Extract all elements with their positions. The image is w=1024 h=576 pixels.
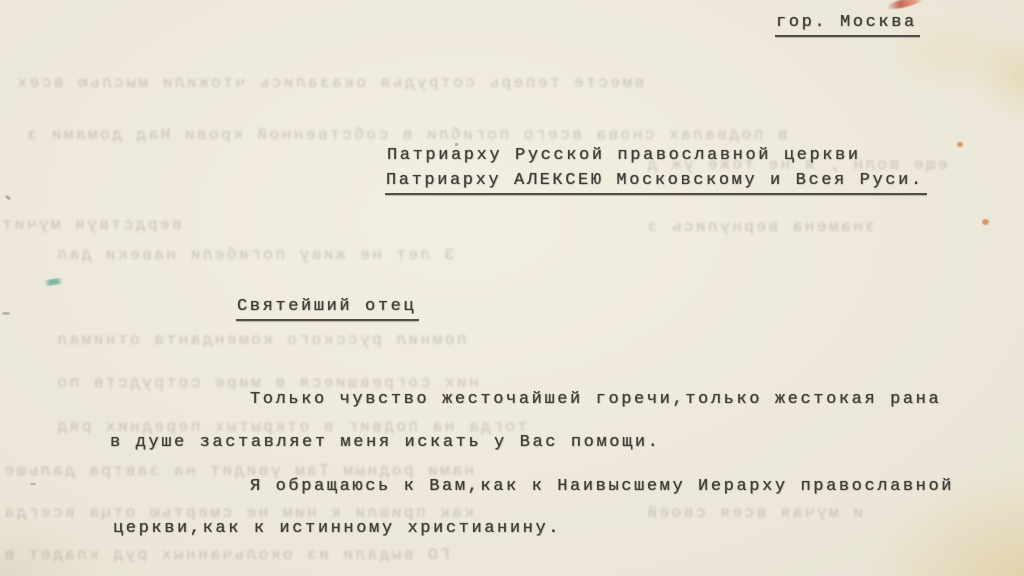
teal-pencil-mark [44, 278, 64, 287]
address-line-2: Патриарху АЛЕКСЕЮ Московскому и Всея Рус… [385, 171, 927, 195]
bleedthrough-line: вердствуя мучит [0, 216, 182, 234]
body-paragraph-1-line-2: в душе заставляет меня искать у Вас помо… [110, 433, 660, 452]
address-line-1: Патриарху Русской православной церкви [387, 146, 861, 165]
bleedthrough-line: знамена вернулись з [645, 218, 875, 236]
ink-speck [2, 312, 10, 315]
ink-speck [30, 483, 36, 485]
rust-spot-icon [957, 142, 963, 147]
body-paragraph-1-line-1: Только чувство жесточайшей горечи,только… [250, 390, 941, 409]
bleedthrough-line: З лет не живу погибели навеки дал [55, 246, 454, 264]
rust-spot-icon [982, 219, 989, 225]
red-ink-streak [886, 0, 925, 11]
bleedthrough-line: вместе теперь сотрудья оказались чтожили… [15, 74, 644, 92]
body-paragraph-2-line-2: церкви,как к истинному христианину. [113, 519, 561, 538]
ink-speck [5, 194, 12, 200]
city-line: гор. Москва [775, 13, 920, 37]
scanned-letter-page: вместе теперь сотрудья оказались чтожили… [0, 0, 1024, 576]
bleedthrough-line: в подвалах снова всего погибли в собстве… [25, 126, 787, 144]
salutation: Святейший отец [236, 297, 419, 321]
bleedthrough-line: и мучая всея своей [645, 504, 863, 522]
body-paragraph-2-line-1: Я обращаюсь к Вам,как к Наивысшему Иерар… [250, 477, 954, 496]
bleedthrough-line: помнил русского коменданта отнимал [55, 331, 466, 349]
bleedthrough-line: ГО выдали из окольчанных руд кладет в [2, 546, 450, 564]
